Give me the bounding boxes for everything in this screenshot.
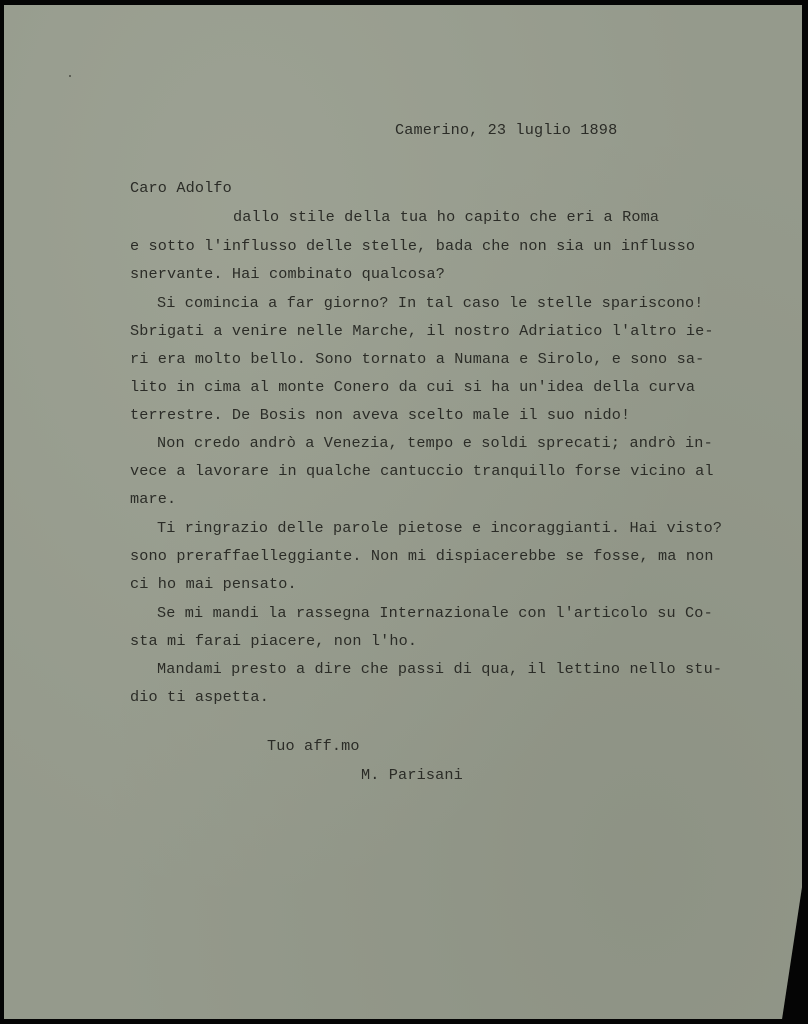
- body-line: vece a lavorare in qualche cantuccio tra…: [130, 461, 714, 481]
- body-line: Mandami presto a dire che passi di qua, …: [157, 659, 722, 679]
- closing: Tuo aff.mo: [267, 736, 360, 756]
- body-line: sono preraffaelleggiante. Non mi dispiac…: [130, 546, 714, 566]
- body-line: ri era molto bello. Sono tornato a Numan…: [130, 349, 704, 369]
- body-line: Se mi mandi la rassegna Internazionale c…: [157, 603, 713, 623]
- body-line: terrestre. De Bosis non aveva scelto mal…: [130, 405, 630, 425]
- body-line: dio ti aspetta.: [130, 687, 269, 707]
- signature: M. Parisani: [361, 765, 463, 785]
- body-line: Si comincia a far giorno? In tal caso le…: [157, 293, 704, 313]
- body-line: sta mi farai piacere, non l'ho.: [130, 631, 417, 651]
- body-line: Non credo andrò a Venezia, tempo e soldi…: [157, 433, 713, 453]
- place-date: Camerino, 23 luglio 1898: [395, 120, 617, 140]
- body-line: mare.: [130, 489, 176, 509]
- body-line: snervante. Hai combinato qualcosa?: [130, 264, 445, 284]
- salutation: Caro Adolfo: [130, 178, 232, 198]
- paper-speck: [69, 75, 71, 77]
- body-line: ci ho mai pensato.: [130, 574, 297, 594]
- body-line: e sotto l'influsso delle stelle, bada ch…: [130, 236, 695, 256]
- letter-page: Camerino, 23 luglio 1898 Caro Adolfo dal…: [4, 5, 802, 1019]
- body-line: Sbrigati a venire nelle Marche, il nostr…: [130, 321, 714, 341]
- body-line: lito in cima al monte Conero da cui si h…: [130, 377, 695, 397]
- body-line: dallo stile della tua ho capito che eri …: [233, 207, 659, 227]
- body-line: Ti ringrazio delle parole pietose e inco…: [157, 518, 722, 538]
